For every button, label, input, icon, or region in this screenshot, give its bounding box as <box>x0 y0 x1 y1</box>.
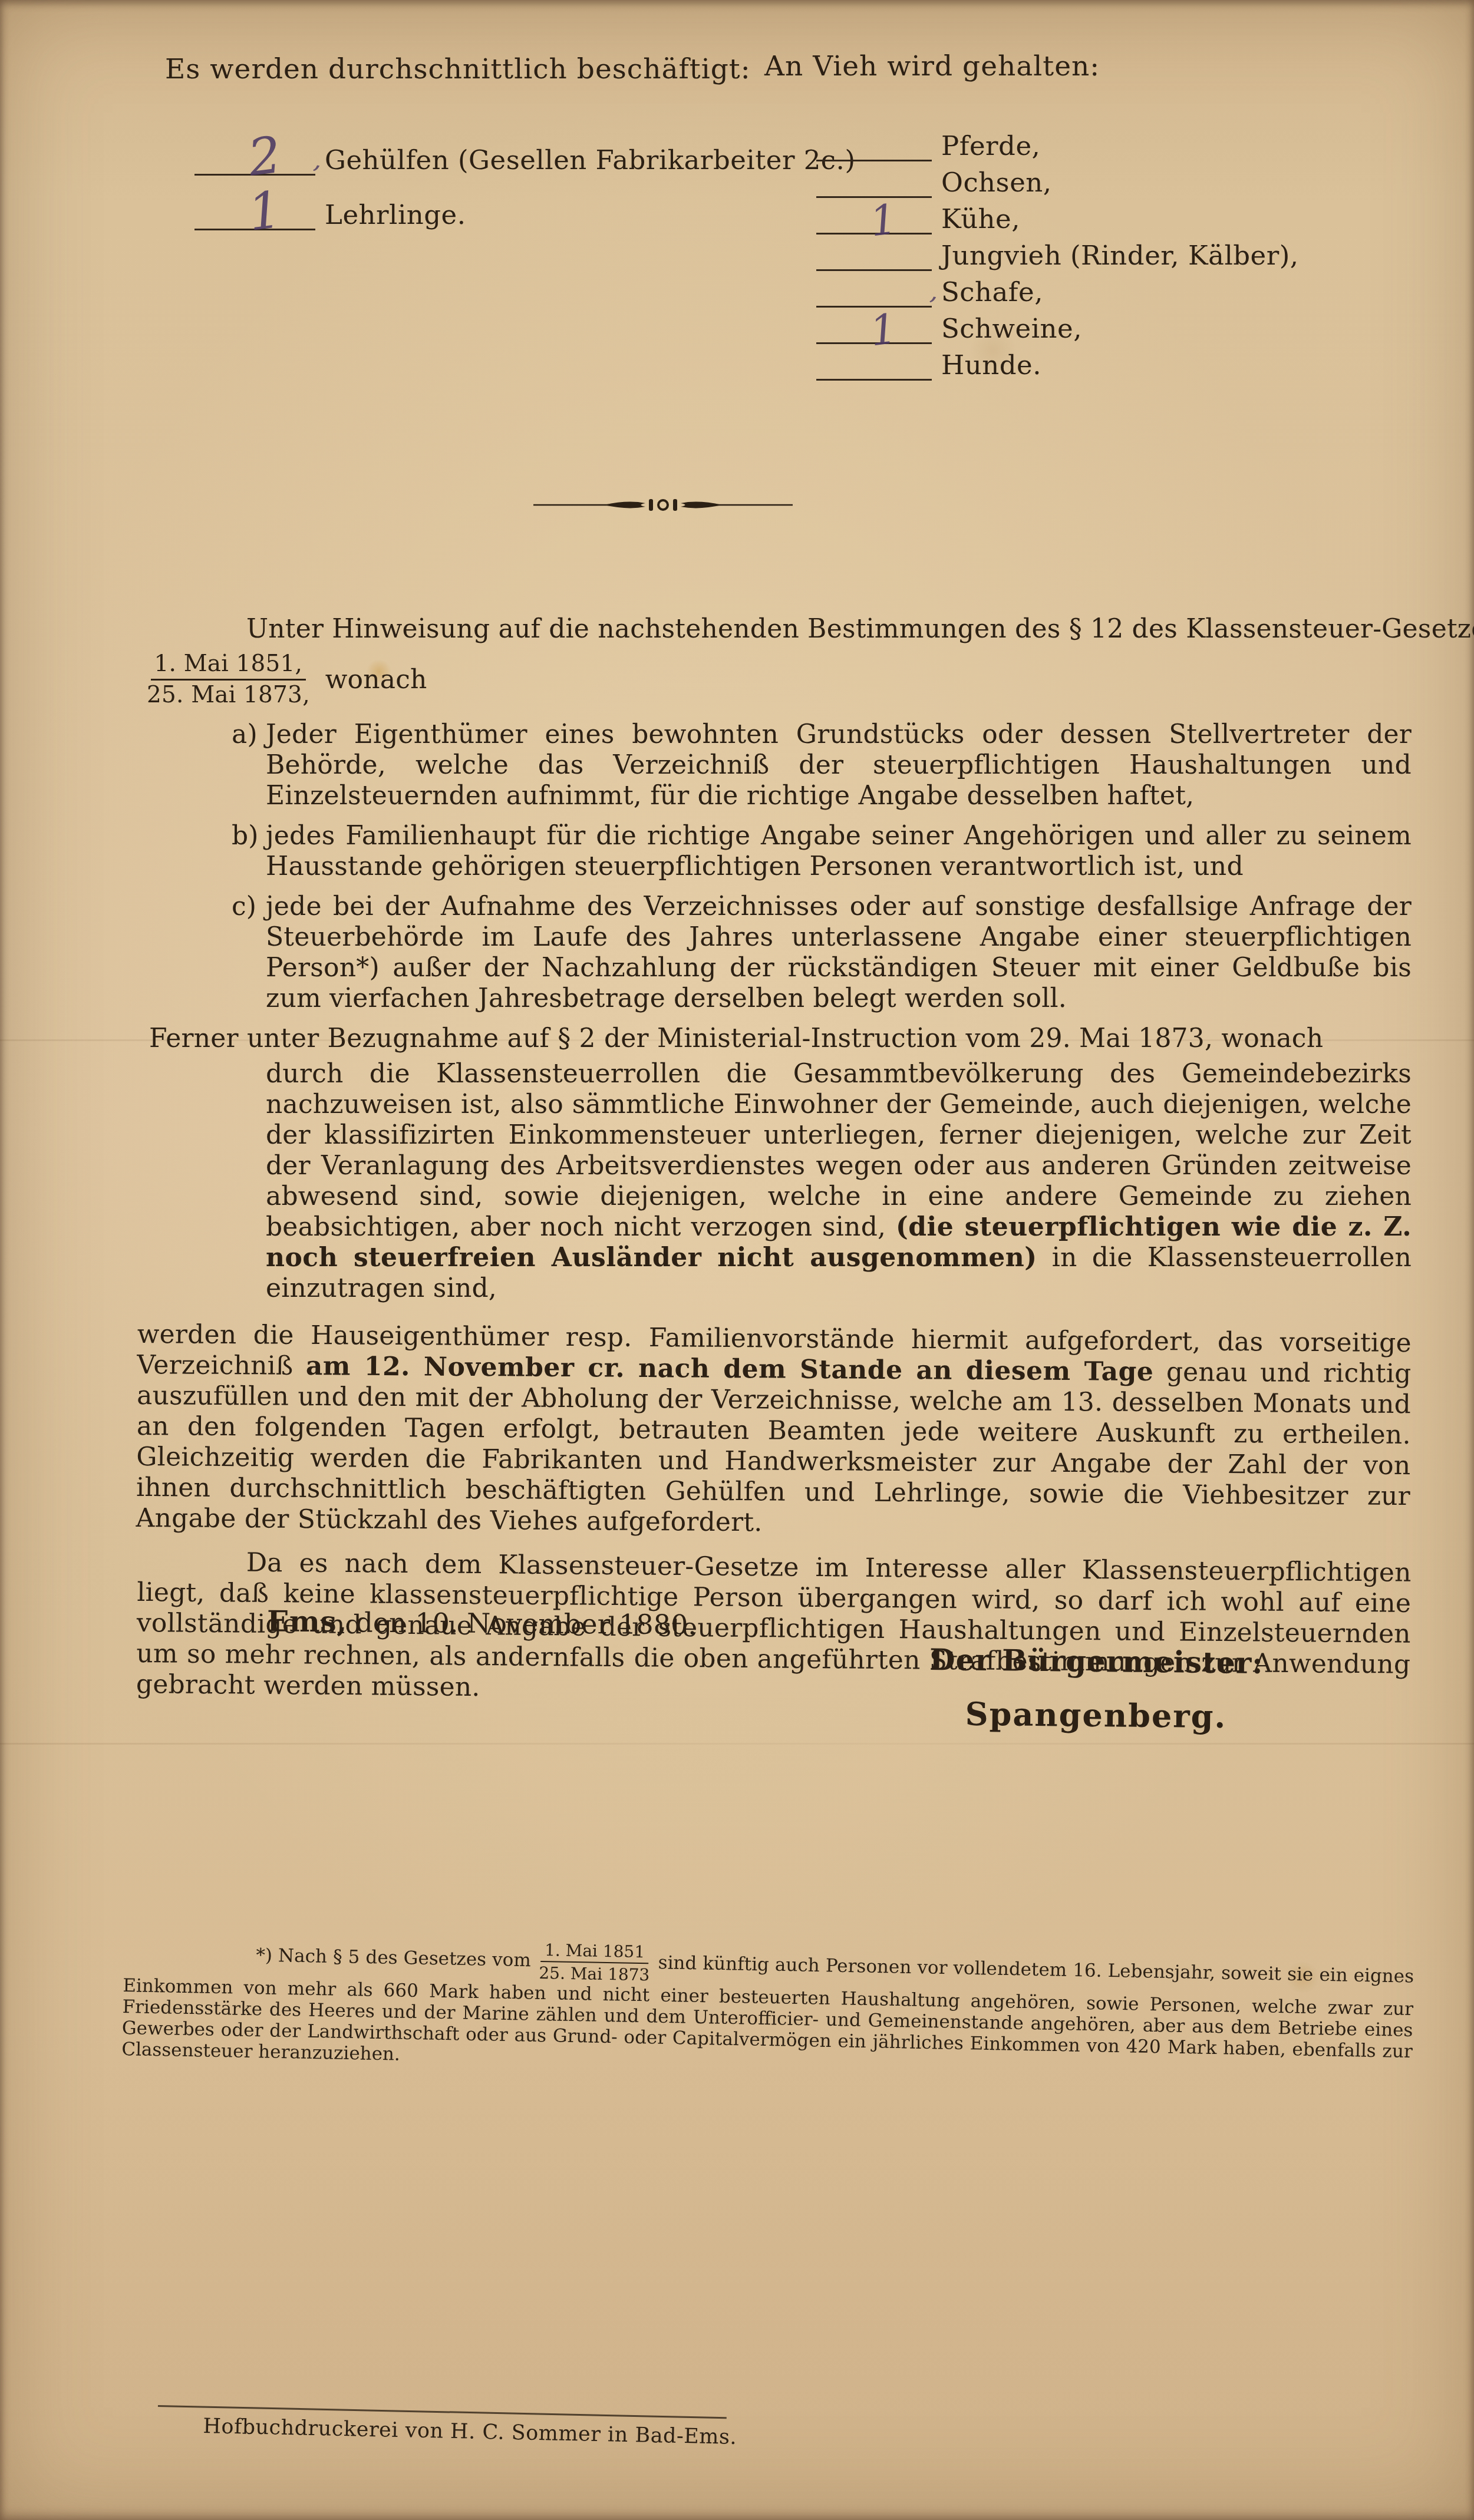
livestock-row: 1 ’ Schweine, <box>816 315 1082 344</box>
signature-place: Ems, <box>267 1604 347 1639</box>
row-label: Kühe, <box>941 206 1020 235</box>
footnote-text-pre: *) Nach § 5 des Gesetzes vom <box>256 1945 531 1971</box>
imprint-text: Hofbuchdruckerei von H. C. Sommer in Bad… <box>203 2415 737 2449</box>
livestock-heading: An Vieh wird gehalten: <box>764 50 1413 82</box>
list-item-c: c) jede bei der Aufnahme des Verzeichnis… <box>137 891 1412 1014</box>
employment-row: 2 Gehülfen (Gesellen Fabrikarbeiter 2c.) <box>194 133 855 176</box>
row-label: Lehrlinge. <box>325 202 466 230</box>
employment-section: Es werden durchschnittlich beschäftigt: … <box>165 53 813 230</box>
fraction-denominator: 25. Mai 1873 <box>535 1962 654 1985</box>
blank-line <box>816 136 932 161</box>
livestock-row: Hunde. <box>816 352 1041 381</box>
werden-paragraph: werden die Hauseigenthümer resp. Familie… <box>136 1319 1411 1543</box>
livestock-row: Jungvieh (Rinder, Kälber), <box>816 242 1299 271</box>
employment-heading: Es werden durchschnittlich beschäftigt: <box>165 53 813 85</box>
item-text: jede bei der Aufnahme des Verzeichnisses… <box>266 891 1412 1013</box>
item-marker: b) <box>232 821 259 851</box>
signature-name: Spangenberg. <box>842 1693 1350 1736</box>
intro-paragraph: Unter Hinweisung auf die nachstehenden B… <box>137 607 1412 645</box>
blank-line: 1 <box>816 209 932 235</box>
livestock-section: An Vieh wird gehalten: Pferde, Ochsen, 1… <box>764 50 1413 415</box>
werden-bold-text: am 12. November cr. nach dem Stande an d… <box>306 1351 1154 1387</box>
body-text: Unter Hinweisung auf die nachstehenden B… <box>137 607 1412 1700</box>
handwritten-value: 1 <box>245 184 283 239</box>
row-label: Hunde. <box>941 352 1041 381</box>
signature-place-date: Ems, den 10. November 1880. <box>267 1604 697 1641</box>
livestock-row: 1 Kühe, <box>816 206 1020 235</box>
footnote-date-fraction: 1. Mai 185125. Mai 1873 <box>535 1940 654 1985</box>
ferner-paragraph: Ferner unter Bezugnahme auf § 2 der Mini… <box>137 1023 1412 1054</box>
blank-line: 1 ’ <box>194 187 315 230</box>
signature-role: Der Bürgermeister: <box>843 1642 1350 1682</box>
divider-ornament <box>533 495 793 515</box>
fraction-numerator: 1. Mai 1851, <box>151 650 306 681</box>
list-item-a: a) Jeder Eigenthümer eines bewohnten Gru… <box>137 719 1412 811</box>
footnote: *) Nach § 5 des Gesetzes vom1. Mai 18512… <box>121 1933 1414 2083</box>
handwritten-value: 2 <box>245 130 283 184</box>
blank-line <box>816 355 932 381</box>
crease-line <box>0 1743 1474 1745</box>
item-text: jedes Familienhaupt für die richtige Ang… <box>266 821 1412 881</box>
row-label: Schweine, <box>941 315 1082 344</box>
item-text: Jeder Eigenthümer eines bewohnten Grunds… <box>266 719 1412 811</box>
blank-line: 2 <box>194 133 315 176</box>
signature-block: Der Bürgermeister: Spangenberg. <box>842 1642 1350 1737</box>
row-label: Ochsen, <box>941 169 1052 198</box>
durch-paragraph: durch die Klassensteuerrollen die Gesamm… <box>137 1059 1412 1304</box>
fraction-numerator: 1. Mai 1851 <box>541 1940 649 1964</box>
row-label: Pferde, <box>941 133 1040 161</box>
row-label: Schafe, <box>941 279 1043 308</box>
blank-line: 1 ’ <box>816 319 932 344</box>
row-label: Jungvieh (Rinder, Kälber), <box>941 242 1299 271</box>
blank-line <box>816 246 932 271</box>
footnote-indent <box>123 1958 256 1961</box>
intro-wonach: wonach <box>325 665 427 695</box>
handwritten-value: 1 <box>868 199 899 243</box>
handwritten-value: 1 <box>868 308 899 352</box>
list-item-b: b) jedes Familienhaupt für die richtige … <box>137 821 1412 882</box>
item-marker: c) <box>232 891 256 922</box>
footnote-text-post: sind künftig auch Personen vor vollendet… <box>121 1952 1414 2065</box>
date-fraction: 1. Mai 1851, 25. Mai 1873, <box>143 650 314 709</box>
fraction-denominator: 25. Mai 1873, <box>143 681 314 709</box>
livestock-row: Ochsen, <box>816 169 1052 198</box>
blank-line <box>816 282 932 308</box>
blank-line <box>816 173 932 198</box>
item-marker: a) <box>232 719 258 750</box>
intro-date-fraction-row: 1. Mai 1851, 25. Mai 1873, wonach <box>143 650 1412 709</box>
livestock-row: Pferde, <box>816 133 1040 161</box>
scanned-document-page: Es werden durchschnittlich beschäftigt: … <box>0 0 1474 2520</box>
signature-date: den 10. November 1880. <box>347 1606 697 1640</box>
employment-row: 1 ’ Lehrlinge. <box>194 187 466 230</box>
